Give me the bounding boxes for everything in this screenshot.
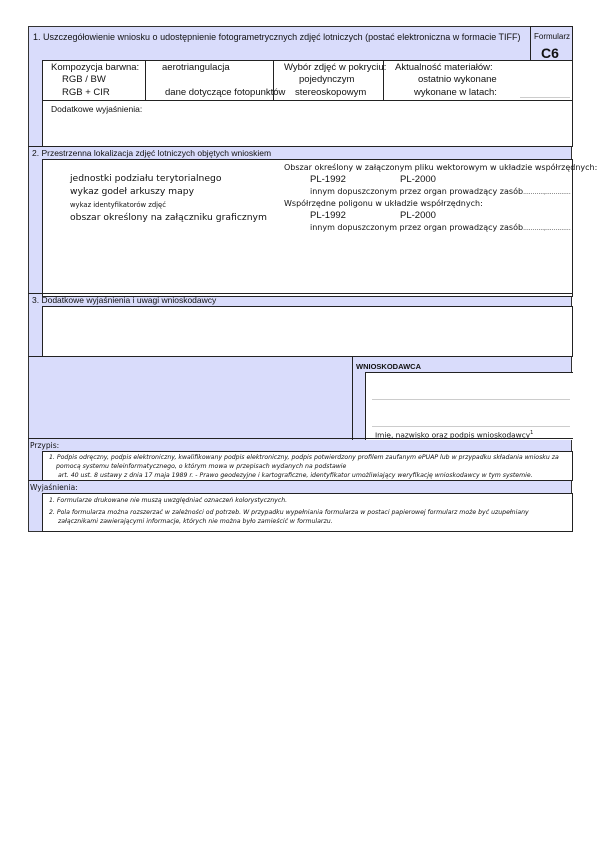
applicant-divider	[352, 357, 353, 440]
option-territorial-units[interactable]: jednostki podziału terytorialnego	[70, 172, 221, 186]
option-map-sheets[interactable]: wykaz godeł arkuszy mapy	[70, 185, 194, 199]
signature-footnote-ref: 1	[530, 430, 533, 436]
recency-col: Aktualność materiałów: ostatnio wykonane…	[384, 61, 572, 100]
footnote-line-1: 1. Podpis odręczny, podpis elektroniczny…	[49, 453, 559, 462]
form-id-box: Formularz C6	[530, 26, 573, 62]
section2-body: jednostki podziału terytorialnego wykaz …	[42, 159, 573, 297]
polygon-other-input[interactable]: ...........,.............	[523, 225, 571, 232]
form-code: C6	[541, 46, 559, 60]
vector-option-other[interactable]: innym dopuszczonym przez organ prowadząc…	[310, 186, 571, 198]
form-c6: 1. Uszczegółowienie wniosku o udostępnie…	[28, 26, 572, 532]
option-rgb-cir[interactable]: RGB + CIR	[62, 87, 110, 98]
vector-file-label: Obszar określony w załączonym pliku wekt…	[284, 162, 597, 173]
polygon-option-pl2000[interactable]: PL-2000	[400, 210, 436, 221]
explanations-body: 1. Formularze drukowane nie muszą uwzglę…	[42, 493, 573, 532]
coverage-label: Wybór zdjęć w pokryciu:	[284, 62, 386, 73]
footnote-title: Przypis:	[30, 440, 59, 451]
aerotriangulation-col: aerotriangulacja dane dotyczące fotopunk…	[146, 61, 274, 100]
footnote-header: Przypis:	[28, 438, 573, 452]
section3-notes-field[interactable]	[42, 306, 573, 357]
footnote-line-3: art. 40 ust. 8 ustawy z dnia 17 maja 198…	[58, 471, 533, 480]
section1-notes-field[interactable]: Dodatkowe wyjaśnienia:	[42, 100, 573, 147]
applicant-row: WNIOSKODAWCA Imię, nazwisko oraz podpis …	[28, 356, 573, 439]
footnote-body: 1. Podpis odręczny, podpis elektroniczny…	[42, 451, 573, 481]
section3-title: 3. Dodatkowe wyjaśnienia i uwagi wniosko…	[32, 295, 216, 306]
option-aerotriangulation[interactable]: aerotriangulacja	[162, 62, 230, 73]
explanation-line-2: 2. Pola formularza można rozszerzać w za…	[49, 508, 529, 517]
option-rgb-bw[interactable]: RGB / BW	[62, 74, 106, 85]
vector-option-pl2000[interactable]: PL-2000	[400, 174, 436, 185]
option-single[interactable]: pojedynczym	[299, 74, 354, 85]
section2-title: 2. Przestrzenna lokalizacja zdjęć lotnic…	[32, 148, 271, 159]
explanations-header: Wyjaśnienia:	[28, 480, 573, 494]
polygon-option-other[interactable]: innym dopuszczonym przez organ prowadząc…	[310, 222, 571, 234]
section1-title: 1. Uszczegółowienie wniosku o udostępnie…	[33, 32, 521, 43]
polygon-label: Współrzędne poligonu w układzie współrzę…	[284, 198, 483, 209]
years-input[interactable]	[520, 86, 570, 98]
coverage-col: Wybór zdjęć w pokryciu: pojedynczym ster…	[274, 61, 384, 100]
option-stereoscopic[interactable]: stereoskopowym	[295, 87, 366, 98]
option-photopoints[interactable]: dane dotyczące fotopunktów	[165, 87, 285, 98]
form-label: Formularz	[534, 31, 570, 42]
option-years-label: wykonane w latach:	[414, 87, 497, 98]
vector-other-label: innym dopuszczonym przez organ prowadząc…	[310, 187, 523, 196]
option-photo-ids[interactable]: wykaz identyfikatorów zdjęć	[70, 200, 166, 211]
vector-other-input[interactable]: ...........,.............	[523, 189, 571, 196]
recency-label: Aktualność materiałów:	[395, 62, 493, 73]
explanations-title: Wyjaśnienia:	[30, 482, 78, 493]
option-latest[interactable]: ostatnio wykonane	[418, 74, 497, 85]
section1-options: Kompozycja barwna: RGB / BW RGB + CIR ae…	[42, 60, 573, 101]
signature-line-2	[372, 426, 570, 427]
section2-header: 2. Przestrzenna lokalizacja zdjęć lotnic…	[28, 146, 573, 160]
explanation-line-3: załącznikami zawierającymi informacje, k…	[58, 517, 333, 526]
explanation-line-1: 1. Formularze drukowane nie muszą uwzglę…	[49, 496, 287, 505]
applicant-title: WNIOSKODAWCA	[356, 361, 421, 372]
signature-line-1	[372, 399, 570, 400]
notes-label: Dodatkowe wyjaśnienia:	[51, 104, 142, 115]
option-graphic-attachment[interactable]: obszar określony na załączniku graficzny…	[70, 211, 267, 225]
color-composition-col: Kompozycja barwna: RGB / BW RGB + CIR	[43, 61, 146, 100]
footnote-line-2: pomocą systemu teleinformatycznego, o kt…	[56, 462, 346, 471]
signature-box[interactable]: Imię, nazwisko oraz podpis wnioskodawcy1	[365, 372, 573, 440]
polygon-other-label: innym dopuszczonym przez organ prowadząc…	[310, 223, 523, 232]
polygon-option-pl1992[interactable]: PL-1992	[310, 210, 346, 221]
section3-header: 3. Dodatkowe wyjaśnienia i uwagi wniosko…	[28, 293, 573, 307]
color-composition-label: Kompozycja barwna:	[51, 62, 139, 73]
vector-option-pl1992[interactable]: PL-1992	[310, 174, 346, 185]
